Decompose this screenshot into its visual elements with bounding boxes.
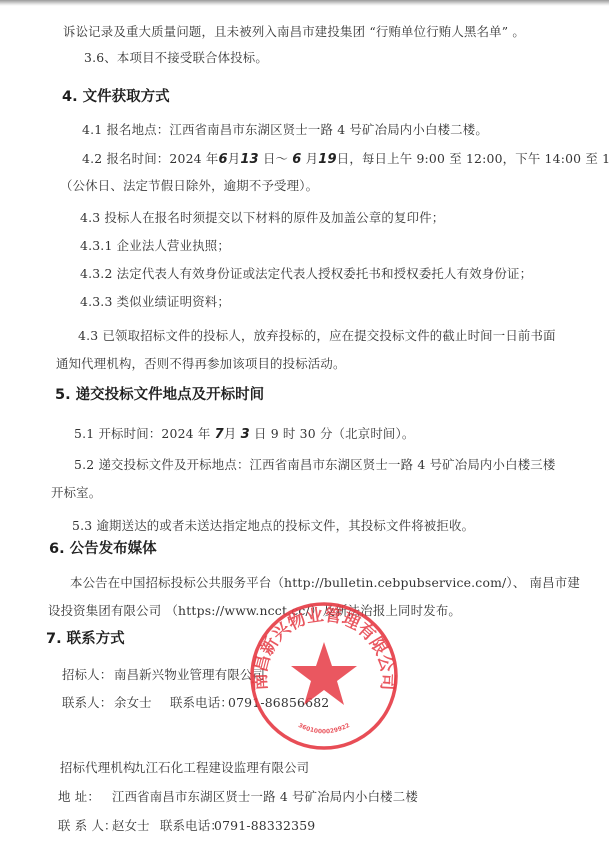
item-5-2-line1: 5.2 递交投标文件及开标地点：江西省南昌市东湖区贤士一路 4 号矿冶局内小白楼… (74, 457, 555, 473)
handwritten-end-day: 19 (318, 152, 337, 167)
address-label: 地 址： (58, 789, 100, 805)
agency-contact-label: 联 系 人： (58, 818, 117, 834)
address-value: 江西省南昌市东湖区贤士一路 4 号矿冶局内小白楼二楼 (112, 789, 418, 805)
item-5-2-line2: 开标室。 (51, 485, 101, 501)
date-range-separator: 日～ (259, 151, 292, 166)
item-5-3: 5.3 逾期送达的或者未送达指定地点的投标文件，其投标文件将被拒收。 (72, 518, 474, 534)
handwritten-opening-month: 7 (215, 427, 224, 442)
phone-label: 联系电话： (170, 695, 233, 711)
seal-serial-number: 3601000029922 (297, 722, 351, 735)
handwritten-start-day: 13 (240, 152, 259, 167)
star-icon (291, 642, 357, 705)
company-seal-stamp: 南昌新兴物业管理有限公司 3601000029922 (248, 600, 400, 752)
tenderer-label: 招标人： (62, 667, 112, 683)
item-4-1: 4.1 报名地点：江西省南昌市东湖区贤士一路 4 号矿冶局内小白楼二楼。 (82, 122, 488, 138)
tenderer-value: 南昌新兴物业管理有限公司 (114, 667, 265, 683)
month-label: 月 (228, 151, 241, 166)
document-page: 诉讼记录及重大质量问题，且未被列入南昌市建投集团 “行贿单位行贿人黑名单” 。 … (0, 0, 609, 845)
registration-hours: 日，每日上午 9:00 至 12:00，下午 14:00 至 17:00 (337, 151, 609, 166)
month-label: 月 (224, 426, 241, 441)
item-5-1: 5.1 开标时间：2024 年 7月 3 日 9 时 30 分（北京时间）。 (74, 426, 415, 443)
item-4-2: 4.2 报名时间：2024 年6月13 日～ 6 月19日，每日上午 9:00 … (82, 151, 609, 168)
opening-time-prefix: 5.1 开标时间：2024 年 (74, 426, 215, 441)
svg-text:3601000029922: 3601000029922 (297, 722, 351, 735)
item-4-3-1: 4.3.1 企业法人营业执照； (80, 238, 230, 254)
item-4-3-withdraw-line1: 4.3 已领取招标文件的投标人，放弃投标的，应在提交投标文件的截止时间一日前书面 (78, 328, 556, 344)
agency-phone-value: 0791-88332359 (214, 818, 315, 834)
item-4-3-withdraw-line2: 通知代理机构，否则不得再参加该项目的投标活动。 (56, 356, 346, 372)
agency-contact-value: 赵女士 (112, 818, 150, 834)
item-4-3-3: 4.3.3 类似业绩证明资料； (80, 294, 230, 310)
contact-label: 联系人： (62, 695, 112, 711)
section4-heading: 4. 文件获取方式 (62, 88, 170, 106)
agency-value: 九江石化工程建设监理有限公司 (133, 760, 309, 776)
handwritten-end-month: 6 (292, 152, 301, 167)
section6-heading: 6. 公告发布媒体 (49, 540, 157, 558)
item-4-3: 4.3 投标人在报名时须提交以下材料的原件及加盖公章的复印件； (80, 210, 444, 226)
handwritten-start-month: 6 (218, 152, 227, 167)
section3-tail-line: 诉讼记录及重大质量问题，且未被列入南昌市建投集团 “行贿单位行贿人黑名单” 。 (63, 24, 525, 40)
contact-value: 余女士 (114, 695, 152, 711)
section5-heading: 5. 递交投标文件地点及开标时间 (55, 386, 264, 404)
item-3-6: 3.6、本项目不接受联合体投标。 (84, 50, 268, 66)
opening-time-suffix: 日 9 时 30 分（北京时间）。 (250, 426, 415, 441)
section7-heading: 7. 联系方式 (46, 630, 125, 648)
item-4-3-2: 4.3.2 法定代表人有效身份证或法定代表人授权委托书和授权委托人有效身份证； (80, 266, 532, 282)
item-4-2-line2: （公休日、法定节假日除外，逾期不予受理）。 (60, 178, 318, 194)
handwritten-opening-day: 3 (241, 427, 250, 442)
registration-time-prefix: 4.2 报名时间：2024 年 (82, 151, 218, 166)
section6-line1: 本公告在中国招标投标公共服务平台（http://bulletin.cebpubs… (70, 575, 580, 591)
month-label: 月 (302, 151, 319, 166)
